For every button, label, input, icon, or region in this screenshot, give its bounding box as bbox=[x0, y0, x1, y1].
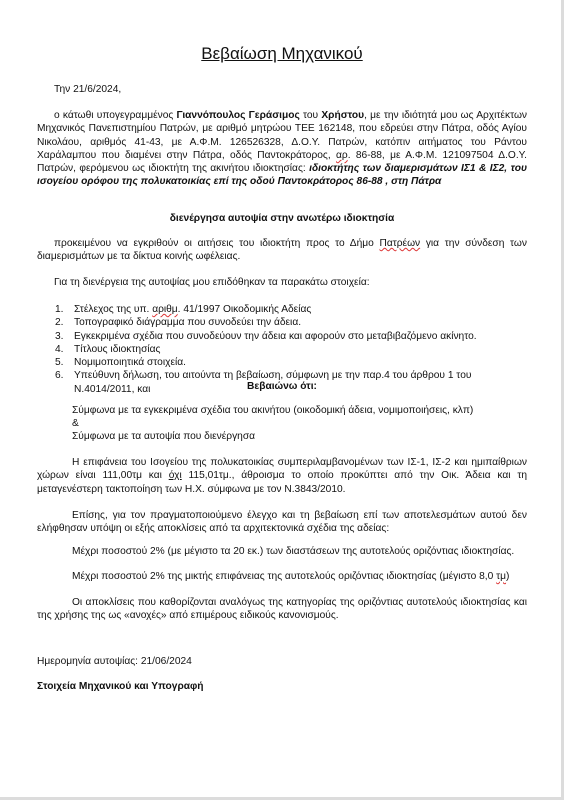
certify-line-3: Σύμφωνα με τα αυτοψία που διενέργησα bbox=[72, 430, 562, 443]
certify-line-2: & bbox=[72, 417, 562, 430]
deviation-2: Μέχρι ποσοστού 2% της μικτής επιφάνειας … bbox=[72, 570, 542, 583]
inspection-heading: διενέργησα αυτοψία στην ανωτέρω ιδιοκτησ… bbox=[37, 212, 527, 225]
list-item: 2.Τοπογραφικό διάγραμμα που συνοδεύει τη… bbox=[55, 316, 515, 329]
certify-heading: Βεβαιώνω ότι: bbox=[37, 380, 527, 393]
signature-heading: Στοιχεία Μηχανικού και Υπογραφή bbox=[37, 680, 527, 693]
certify-line-1: Σύμφωνα με τα εγκεκριμένα σχέδια του ακι… bbox=[72, 404, 532, 417]
deviations-note: Οι αποκλίσεις που καθορίζονται αναλόγως … bbox=[37, 596, 527, 623]
purpose-paragraph: προκειμένου να εγκριθούν οι αιτήσεις του… bbox=[37, 237, 527, 264]
engineer-name: Γιαννόπουλος Γεράσιμος bbox=[177, 110, 300, 121]
list-item: 5.Νομιμοποιητικά στοιχεία. bbox=[55, 356, 515, 369]
father-name: Χρήστου bbox=[321, 110, 364, 121]
date-line: Την 21/6/2024, bbox=[54, 83, 544, 96]
list-item: 4.Τίτλους ιδιοκτησίας bbox=[55, 343, 515, 356]
list-item: 3.Εγκεκριμένα σχέδια που συνοδεύουν την … bbox=[55, 330, 515, 343]
document-title: Βεβαίωση Μηχανικού bbox=[0, 44, 564, 64]
docs-intro: Για τη διενέργεια της αυτοψίας μου επιδό… bbox=[54, 276, 544, 289]
deviations-intro: Επίσης, για τον πραγματοποιούμενο έλεγχο… bbox=[37, 509, 527, 536]
document-page: Βεβαίωση Μηχανικού Την 21/6/2024, ο κάτω… bbox=[0, 0, 564, 800]
area-paragraph: Η επιφάνεια του Ισογείου της πολυκατοικί… bbox=[37, 456, 527, 496]
inspection-date: Ημερομηνία αυτοψίας: 21/06/2024 bbox=[37, 655, 527, 668]
list-item: 1.Στέλεχος της υπ. αριθμ. 41/1997 Οικοδο… bbox=[55, 303, 515, 316]
intro-paragraph: ο κάτωθι υπογεγραμμένος Γιαννόπουλος Γερ… bbox=[37, 109, 527, 189]
deviation-1: Μέχρι ποσοστού 2% (με μέγιστο τα 20 εκ.)… bbox=[72, 545, 542, 558]
